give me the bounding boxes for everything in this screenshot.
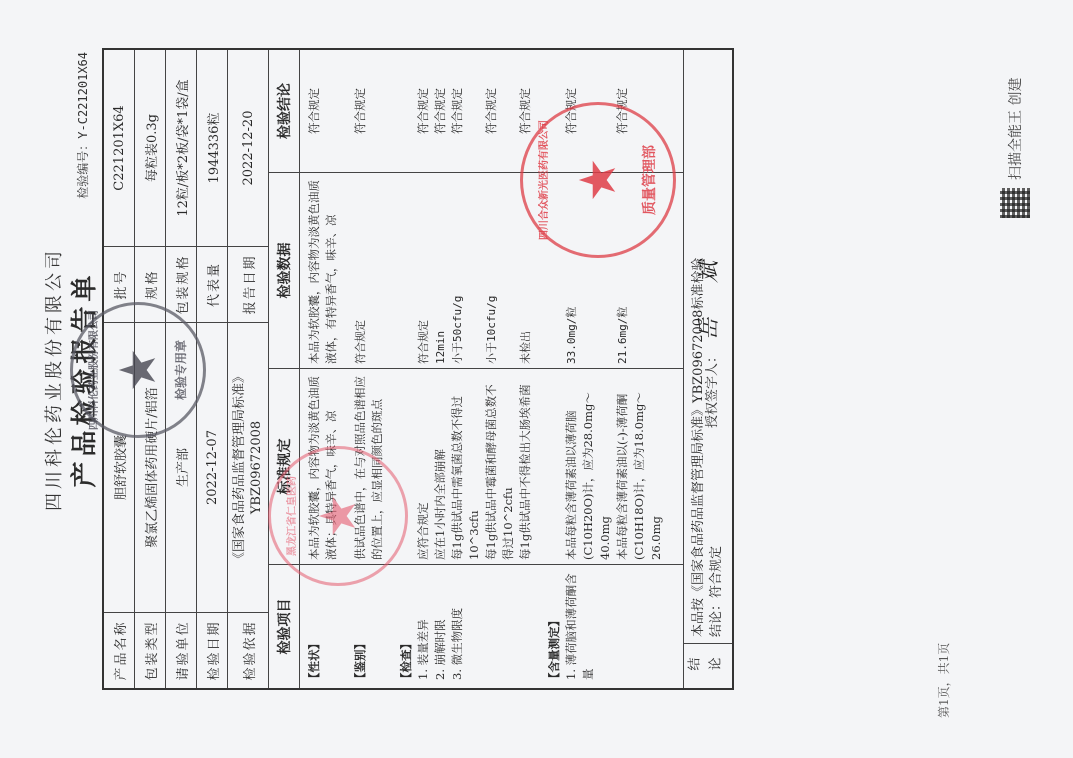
section-title: 【检查】 <box>398 569 415 684</box>
result-cell: 符合规定 <box>614 54 665 168</box>
section-gap <box>534 569 546 684</box>
section-title: 【鉴别】 <box>352 569 369 684</box>
table-body: 【性状】【鉴别】【检查】1. 装量差异2. 崩解时限3. 微生物限度【含量测定】… <box>300 50 684 688</box>
data-cell: 未检出 <box>517 177 534 364</box>
product-name-label: 产品名称 <box>104 612 134 688</box>
section-gap <box>665 373 677 560</box>
results-column: 符合规定符合规定符合规定符合规定符合规定符合规定符合规定符合规定符合规定 <box>300 50 683 172</box>
result-cell: 符合规定 <box>563 54 614 168</box>
item-name <box>517 569 534 684</box>
batch-label: 批号 <box>104 246 134 322</box>
standard-cell: 本品每粒含薄荷素油以薄荷脑(C10H20O)计，应为28.0mg～40.0mg <box>563 373 614 560</box>
scanner-watermark: 扫描全能王 创建 <box>1000 78 1030 218</box>
standard-cell: 应在1小时内全部崩解 <box>432 373 449 560</box>
section-gap <box>386 373 398 560</box>
section-gap <box>665 569 677 684</box>
spacer <box>546 54 563 168</box>
authorized-signer: 授权签字人：岳 斌 <box>692 247 723 428</box>
section-gap <box>340 569 352 684</box>
data-cell: 21.6mg/粒 <box>614 177 665 364</box>
section-gap <box>534 373 546 560</box>
rep-qty-value: 1944336粒 <box>197 50 227 246</box>
package-type-label: 包装类型 <box>135 612 165 688</box>
standard-cell: 供试品色谱中，在与对照品色谱相应的位置上，应显相同颜色的斑点 <box>352 373 386 560</box>
info-row-product: 产品名称 胆舒软胶囊 批号 C221201X64 <box>104 50 135 688</box>
report-page: 四川科伦药业股份有限公司 产品检验报告单 检验编号：Y-C221201X64 产… <box>0 0 1073 758</box>
company-name: 四川科伦药业股份有限公司 <box>40 0 66 758</box>
spacer <box>398 373 415 560</box>
section-title: 【性状】 <box>306 569 323 684</box>
conclusion-label: 结论 <box>684 643 732 688</box>
qr-code-icon <box>1000 188 1030 218</box>
section-gap <box>340 373 352 560</box>
requester-value: 生产部 <box>166 322 196 612</box>
data-column: 本品为软胶囊，内容物为淡黄色油质液体，有特异香气，味辛、凉符合规定符合规定12m… <box>300 172 683 368</box>
spacer <box>398 54 415 168</box>
section-gap <box>665 54 677 168</box>
report-number-label: 检验编号： <box>76 139 90 199</box>
standard-cell: 应符合规定 <box>415 373 432 560</box>
signer-label: 授权签字人： <box>705 350 720 428</box>
report-number: 检验编号：Y-C221201X64 <box>74 52 91 199</box>
item-name: 2. 崩解时限 <box>432 569 449 684</box>
spacer <box>546 177 563 364</box>
item-name <box>483 569 517 684</box>
scanner-text: 扫描全能王 创建 <box>1005 78 1025 180</box>
section-gap <box>340 54 352 168</box>
result-cell: 符合规定 <box>306 54 340 168</box>
item-name: 1. 薄荷脑和薄荷酮含量 <box>563 569 614 684</box>
standard-cell: 每1g供试品中需氧菌总数不得过10^3cfu <box>449 373 483 560</box>
spacer <box>398 177 415 364</box>
standard-cell: 本品每粒含薄荷素油以(-)-薄荷酮(C10H18O)计，应为18.0mg～26.… <box>614 373 665 560</box>
result-cell: 符合规定 <box>449 54 483 168</box>
info-row-test-date: 检验日期 2022-12-07 代表量 1944336粒 <box>197 50 228 688</box>
report-number-value: Y-C221201X64 <box>76 52 90 139</box>
section-gap <box>386 177 398 364</box>
result-cell: 符合规定 <box>415 54 432 168</box>
data-cell: 12min <box>432 177 449 364</box>
spec-label: 规格 <box>135 246 165 322</box>
header-result: 检验结论 <box>269 50 299 172</box>
section-gap <box>386 54 398 168</box>
report-date-value: 2022-12-20 <box>228 50 268 246</box>
standard-cell: 每1g供试品中不得检出大肠埃希菌 <box>517 373 534 560</box>
data-cell: 符合规定 <box>352 177 386 364</box>
rep-qty-label: 代表量 <box>197 246 227 322</box>
spec-value: 每粒装0.3g <box>135 50 165 246</box>
result-cell: 符合规定 <box>352 54 386 168</box>
header-data: 检验数据 <box>269 172 299 368</box>
basis-value: 《国家食品药品监督管理局标准》YBZ09672008 <box>228 322 268 612</box>
report-date-label: 报告日期 <box>228 246 268 322</box>
result-cell: 符合规定 <box>517 54 534 168</box>
signature: 岳 斌 <box>697 247 722 340</box>
spacer <box>369 569 386 684</box>
info-row-requester: 请验单位 生产部 包装规格 12粒/板*2板/袋*1袋/盒 <box>166 50 197 688</box>
section-gap <box>340 177 352 364</box>
data-cell: 符合规定 <box>415 177 432 364</box>
spacer <box>323 569 340 684</box>
section-gap <box>665 177 677 364</box>
inspection-table: 产品名称 胆舒软胶囊 批号 C221201X64 包装类型 聚氯乙烯固体药用硬片… <box>102 48 734 690</box>
package-type-value: 聚氯乙烯固体药用硬片/铝箔 <box>135 322 165 612</box>
info-row-package: 包装类型 聚氯乙烯固体药用硬片/铝箔 规格 每粒装0.3g <box>135 50 166 688</box>
pack-spec-label: 包装规格 <box>166 246 196 322</box>
item-name: 3. 微生物限度 <box>449 569 483 684</box>
info-row-basis: 检验依据 《国家食品药品监督管理局标准》YBZ09672008 报告日期 202… <box>228 50 269 688</box>
test-date-value: 2022-12-07 <box>197 322 227 612</box>
standard-cell: 每1g供试品中霉菌和酵母菌总数不得过10^2cfu <box>483 373 517 560</box>
standard-cell: 本品为软胶囊，内容物为淡黄色油质液体；具特异香气，味辛、凉 <box>306 373 340 560</box>
batch-value: C221201X64 <box>104 50 134 246</box>
page-indicator: 第1页，共1页 <box>935 643 952 718</box>
section-gap <box>386 569 398 684</box>
spacer <box>546 373 563 560</box>
section-gap <box>534 54 546 168</box>
standards-column: 本品为软胶囊，内容物为淡黄色油质液体；具特异香气，味辛、凉供试品色谱中，在与对照… <box>300 368 683 564</box>
section-title: 【含量测定】 <box>546 569 563 684</box>
header-item: 检验项目 <box>269 564 299 688</box>
pack-spec-value: 12粒/板*2板/袋*1袋/盒 <box>166 50 196 246</box>
items-column: 【性状】【鉴别】【检查】1. 装量差异2. 崩解时限3. 微生物限度【含量测定】… <box>300 564 683 688</box>
test-date-label: 检验日期 <box>197 612 227 688</box>
item-name: 1. 装量差异 <box>415 569 432 684</box>
header-standard: 标准规定 <box>269 368 299 564</box>
data-cell: 本品为软胶囊，内容物为淡黄色油质液体，有特异香气，味辛、凉 <box>306 177 340 364</box>
requester-label: 请验单位 <box>166 612 196 688</box>
section-gap <box>534 177 546 364</box>
table-header-row: 检验项目 标准规定 检验数据 检验结论 <box>269 50 300 688</box>
data-cell: 33.0mg/粒 <box>563 177 614 364</box>
product-name-value: 胆舒软胶囊 <box>104 322 134 612</box>
data-cell: 小于50cfu/g <box>449 177 483 364</box>
result-cell: 符合规定 <box>432 54 449 168</box>
result-cell: 符合规定 <box>483 54 517 168</box>
item-name <box>614 569 665 684</box>
basis-label: 检验依据 <box>228 612 268 688</box>
data-cell: 小于10cfu/g <box>483 177 517 364</box>
